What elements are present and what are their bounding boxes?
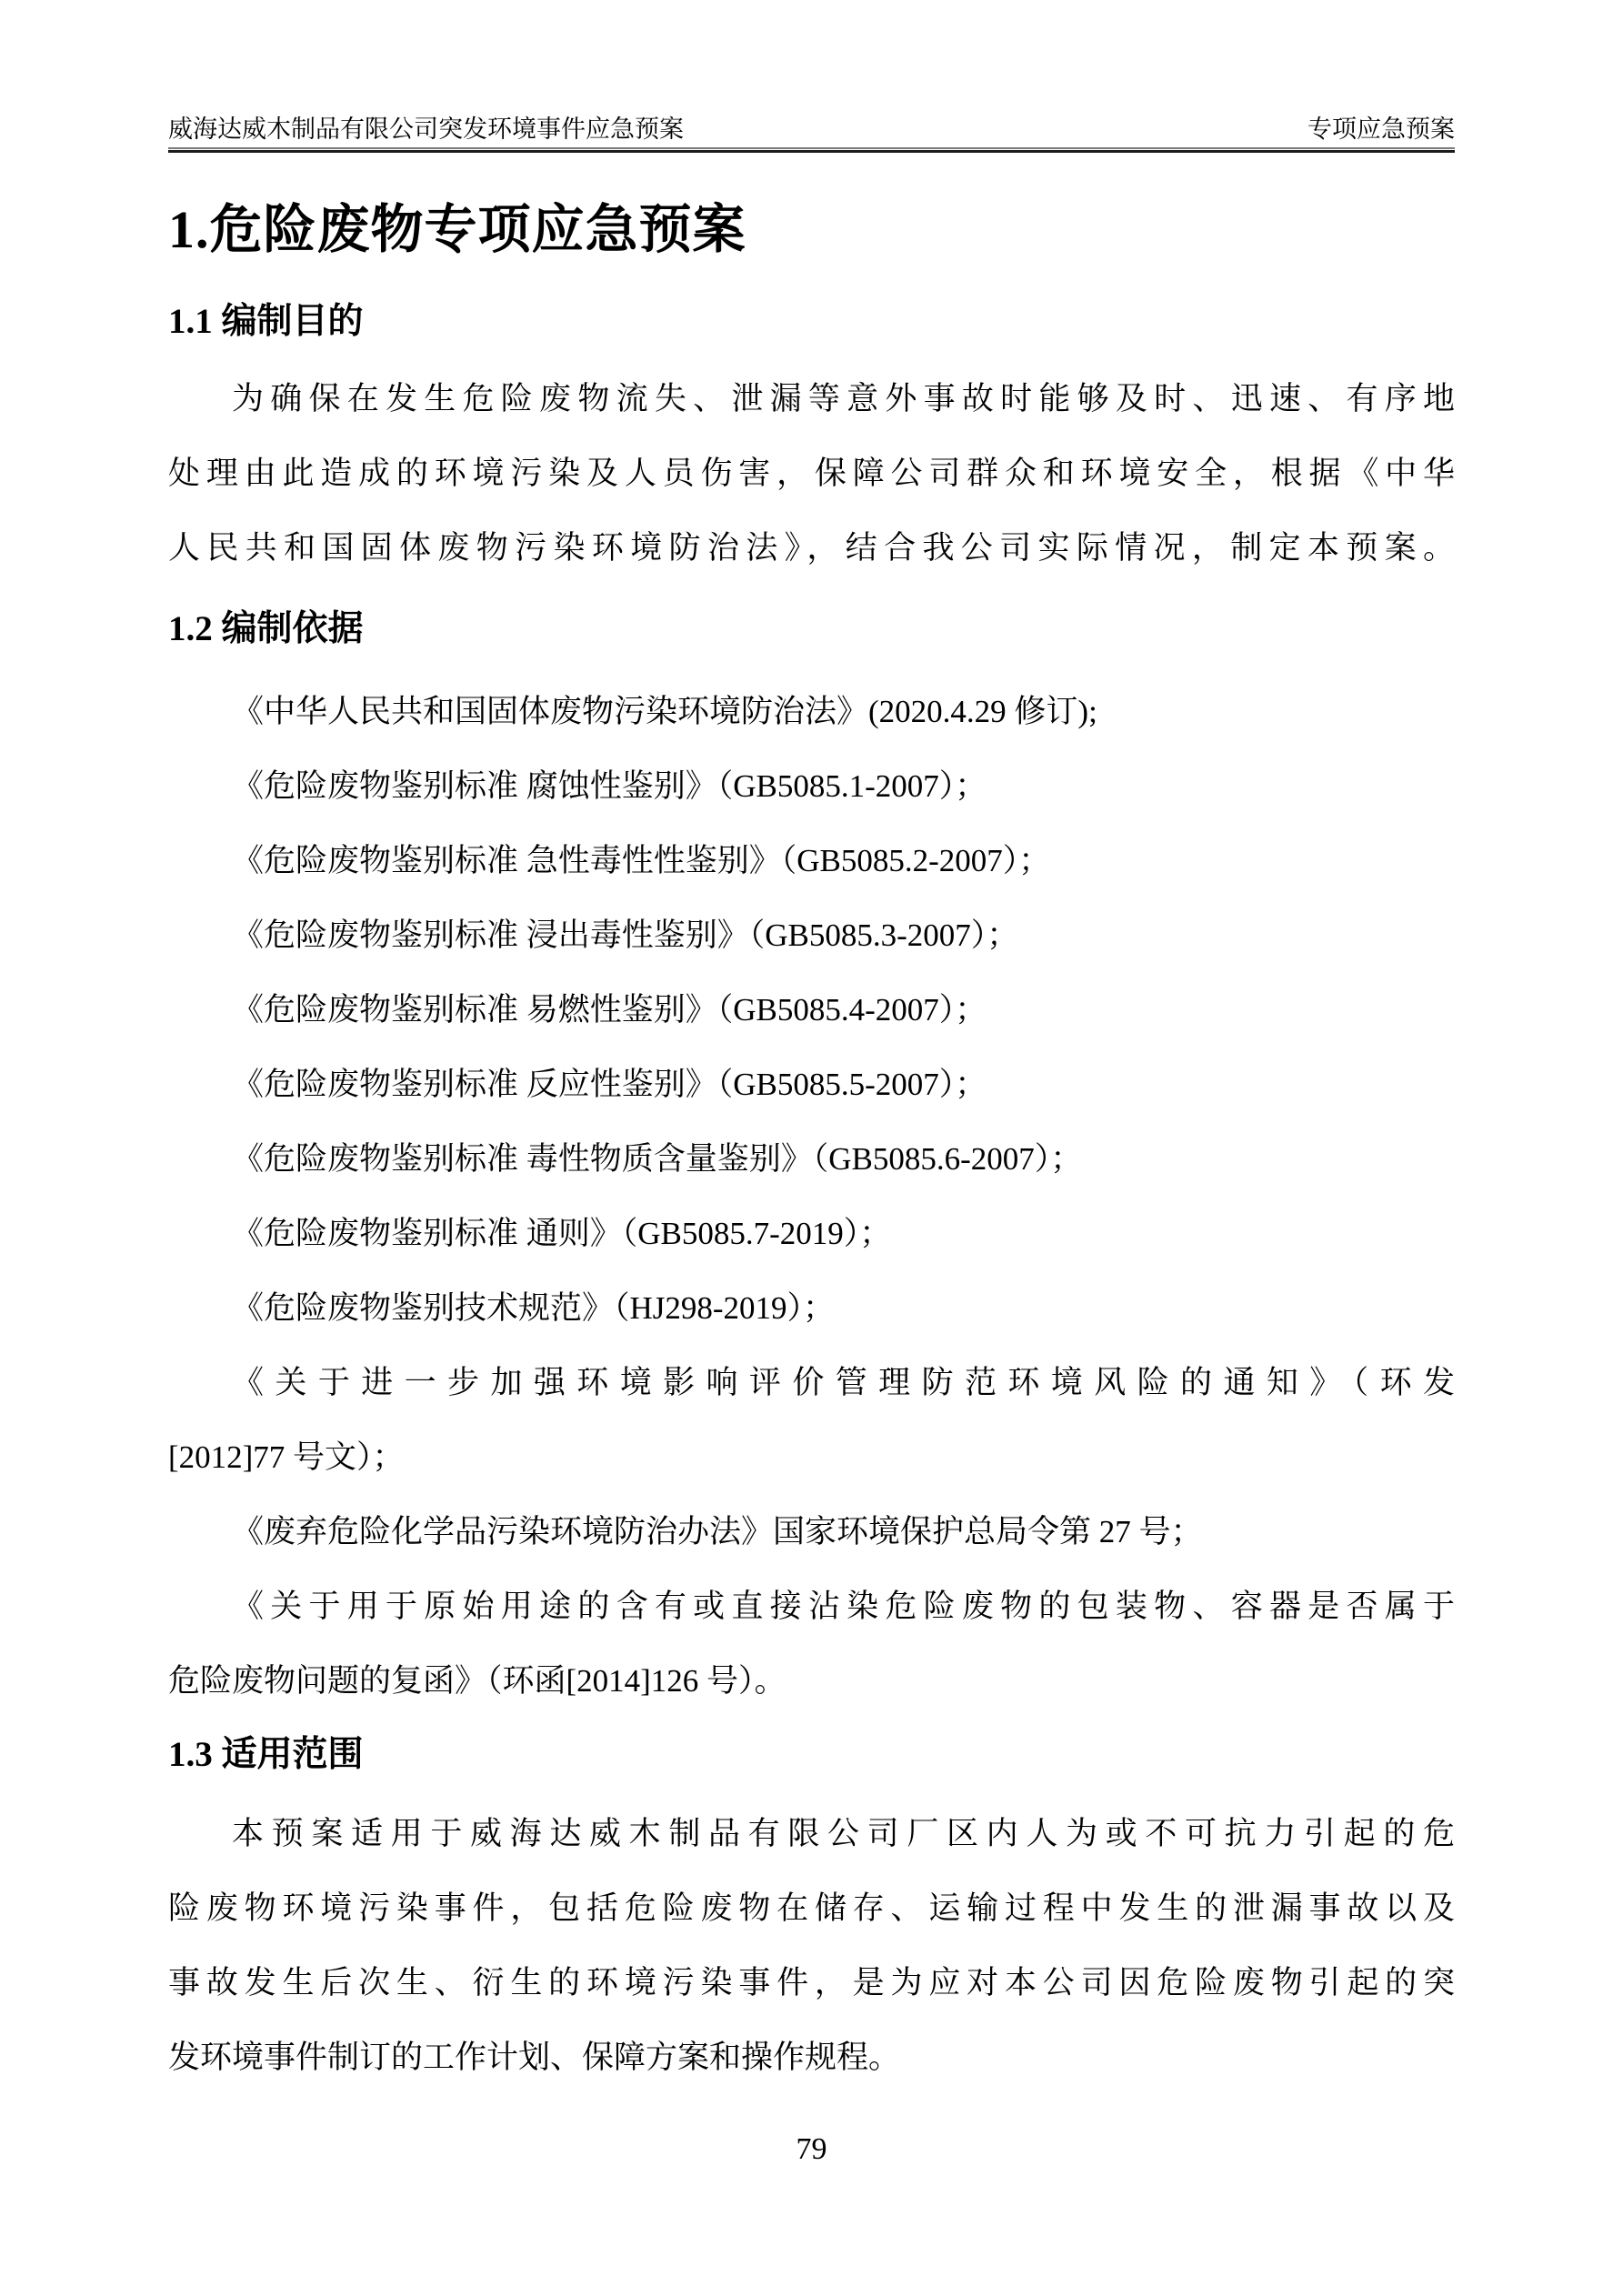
reference-item: 《关于进一步加强环境影响评价管理防范环境风险的通知》（环发 xyxy=(168,1346,1455,1420)
header-right-title: 专项应急预案 xyxy=(1307,115,1455,144)
reference-item: 《危险废物鉴别标准 反应性鉴别》（GB5085.5-2007）； xyxy=(168,1048,1455,1122)
reference-item: 《危险废物鉴别标准 腐蚀性鉴别》（GB5085.1-2007）； xyxy=(168,749,1455,824)
document-page: 威海达威木制品有限公司突发环境事件应急预案 专项应急预案 1.危险废物专项应急预… xyxy=(0,0,1623,2296)
paragraph-line: 险废物环境污染事件，包括危险废物在储存、运输过程中发生的泄漏事故以及 xyxy=(168,1871,1455,1946)
paragraph-compilation-purpose: 为确保在发生危险废物流失、泄漏等意外事故时能够及时、迅速、有序地 处理由此造成的… xyxy=(168,362,1455,586)
header-rule-thin-line xyxy=(168,147,1455,149)
reference-item: 《危险废物鉴别技术规范》（HJ298-2019）； xyxy=(168,1271,1455,1346)
paragraph-application-scope: 本预案适用于威海达威木制品有限公司厂区内人为或不可抗力引起的危 险废物环境污染事… xyxy=(168,1797,1455,2095)
reference-item: 《危险废物鉴别标准 易燃性鉴别》（GB5085.4-2007）； xyxy=(168,973,1455,1048)
header-text-row: 威海达威木制品有限公司突发环境事件应急预案 专项应急预案 xyxy=(168,115,1455,144)
section-heading-compilation-purpose: 1.1 编制目的 xyxy=(168,300,1455,344)
paragraph-line: 事故发生后次生、衍生的环境污染事件，是为应对本公司因危险废物引起的突 xyxy=(168,1946,1455,2020)
reference-item: 《危险废物鉴别标准 浸出毒性鉴别》（GB5085.3-2007）； xyxy=(168,898,1455,973)
reference-item: 《危险废物鉴别标准 急性毒性性鉴别》（GB5085.2-2007）； xyxy=(168,824,1455,898)
header-left-title: 威海达威木制品有限公司突发环境事件应急预案 xyxy=(168,115,684,144)
paragraph-line: 发环境事件制订的工作计划、保障方案和操作规程。 xyxy=(168,2020,1455,2095)
reference-item: 《废弃危险化学品污染环境防治办法》国家环境保护总局令第 27 号； xyxy=(168,1495,1455,1569)
header-rule xyxy=(168,147,1455,153)
paragraph-line: 处理由此造成的环境污染及人员伤害，保障公司群众和环境安全，根据《中华 xyxy=(168,436,1455,511)
page-number: 79 xyxy=(796,2132,827,2166)
paragraph-line: 人民共和国固体废物污染环境防治法》，结合我公司实际情况，制定本预案。 xyxy=(168,511,1455,586)
reference-item: 《关于用于原始用途的含有或直接沾染危险废物的包装物、容器是否属于 xyxy=(168,1569,1455,1644)
page-header: 威海达威木制品有限公司突发环境事件应急预案 专项应急预案 xyxy=(168,115,1455,153)
reference-list: 《中华人民共和国固体废物污染环境防治法》(2020.4.29 修订); 《危险废… xyxy=(168,675,1455,1719)
paragraph-line: 为确保在发生危险废物流失、泄漏等意外事故时能够及时、迅速、有序地 xyxy=(168,362,1455,436)
document-title: 1.危险废物专项应急预案 xyxy=(168,200,1455,260)
page-footer: 79 xyxy=(168,2133,1455,2166)
reference-item: 《危险废物鉴别标准 毒性物质含量鉴别》（GB5085.6-2007）； xyxy=(168,1122,1455,1197)
reference-item-continuation: [2012]77 号文）； xyxy=(168,1420,1455,1495)
section-heading-application-scope: 1.3 适用范围 xyxy=(168,1733,1455,1777)
reference-item: 《危险废物鉴别标准 通则》（GB5085.7-2019）； xyxy=(168,1197,1455,1271)
reference-item: 《中华人民共和国固体废物污染环境防治法》(2020.4.29 修订); xyxy=(168,675,1455,749)
header-rule-thick-line xyxy=(168,150,1455,153)
paragraph-line: 本预案适用于威海达威木制品有限公司厂区内人为或不可抗力引起的危 xyxy=(168,1797,1455,1871)
section-heading-compilation-basis: 1.2 编制依据 xyxy=(168,607,1455,651)
reference-item-continuation: 危险废物问题的复函》（环函[2014]126 号）。 xyxy=(168,1644,1455,1719)
